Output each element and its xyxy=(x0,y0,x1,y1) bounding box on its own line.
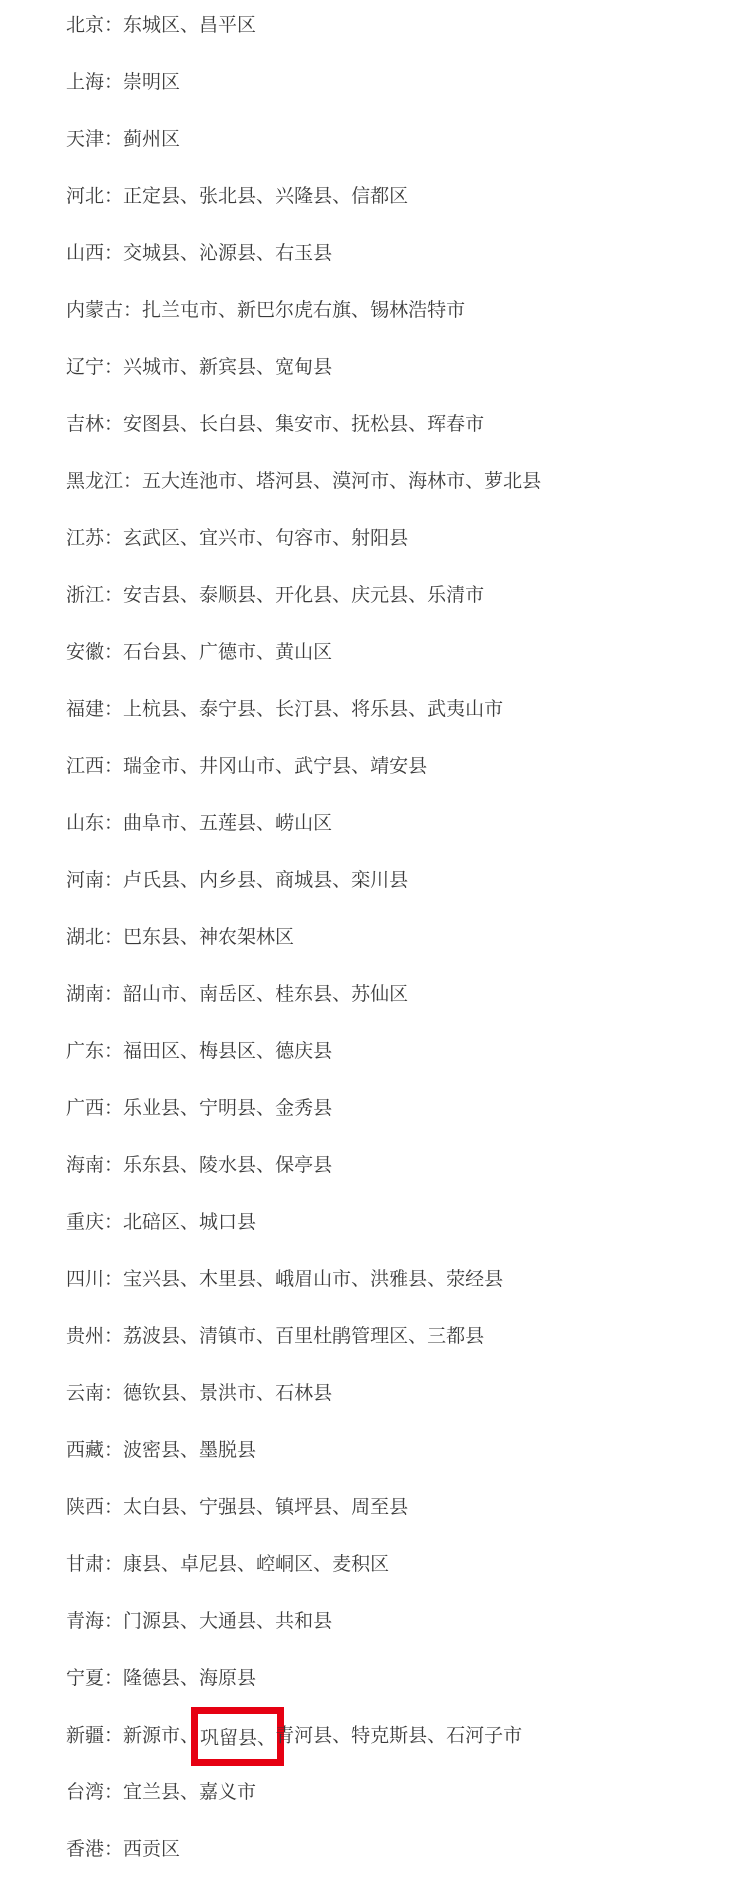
region-item: 陵水县、 xyxy=(199,1155,275,1176)
colon-separator: ： xyxy=(104,1212,123,1233)
region-item: 青河县、 xyxy=(275,1726,351,1747)
region-item: 清镇市、 xyxy=(199,1326,275,1347)
province-label: 甘肃 xyxy=(66,1554,104,1575)
colon-separator: ： xyxy=(104,243,123,264)
region-item: 洪雅县、 xyxy=(370,1269,446,1290)
region-item: 福田区、 xyxy=(123,1041,199,1062)
colon-separator: ： xyxy=(104,1155,123,1176)
region-item: 崆峒区、 xyxy=(256,1554,332,1575)
region-item: 木里县、 xyxy=(199,1269,275,1290)
region-item: 长汀县、 xyxy=(275,699,351,720)
region-item: 梅县区、 xyxy=(199,1041,275,1062)
province-label: 西藏 xyxy=(66,1440,104,1461)
region-item: 长白县、 xyxy=(199,414,275,435)
province-label: 贵州 xyxy=(66,1326,104,1347)
province-label: 黑龙江 xyxy=(66,471,123,492)
region-row: 云南：德钦县、景洪市、石林县 xyxy=(0,1365,748,1422)
region-row: 内蒙古：扎兰屯市、新巴尔虎右旗、锡林浩特市 xyxy=(0,282,748,339)
region-item: 苏仙区 xyxy=(351,984,408,1005)
colon-separator: ： xyxy=(104,1611,123,1632)
region-row: 广东：福田区、梅县区、德庆县 xyxy=(0,1023,748,1080)
region-item: 宽甸县 xyxy=(275,357,332,378)
region-row: 湖南：韶山市、南岳区、桂东县、苏仙区 xyxy=(0,966,748,1023)
region-row: 广西：乐业县、宁明县、金秀县 xyxy=(0,1080,748,1137)
region-item: 崂山区 xyxy=(275,813,332,834)
province-label: 重庆 xyxy=(66,1212,104,1233)
region-row: 辽宁：兴城市、新宾县、宽甸县 xyxy=(0,339,748,396)
region-item: 乐清市 xyxy=(427,585,484,606)
region-row: 香港：西贡区 xyxy=(0,1821,748,1878)
region-item: 兴隆县、 xyxy=(275,186,351,207)
region-item: 塔河县、 xyxy=(256,471,332,492)
region-item: 城口县 xyxy=(199,1212,256,1233)
colon-separator: ： xyxy=(104,642,123,663)
region-row: 山东：曲阜市、五莲县、崂山区 xyxy=(0,795,748,852)
province-label: 辽宁 xyxy=(66,357,104,378)
colon-separator: ： xyxy=(104,186,123,207)
colon-separator: ： xyxy=(104,1041,123,1062)
region-item: 新巴尔虎右旗、 xyxy=(237,300,370,321)
colon-separator: ： xyxy=(123,300,142,321)
region-item: 曲阜市、 xyxy=(123,813,199,834)
province-label: 广东 xyxy=(66,1041,104,1062)
region-item: 百里杜鹃管理区、 xyxy=(275,1326,427,1347)
province-label: 吉林 xyxy=(66,414,104,435)
region-item: 右玉县 xyxy=(275,243,332,264)
region-row: 贵州：荔波县、清镇市、百里杜鹃管理区、三都县 xyxy=(0,1308,748,1365)
region-item: 宁明县、 xyxy=(199,1098,275,1119)
region-item: 镇坪县、 xyxy=(275,1497,351,1518)
province-label: 内蒙古 xyxy=(66,300,123,321)
region-item: 特克斯县、 xyxy=(351,1726,446,1747)
region-row: 河南：卢氏县、内乡县、商城县、栾川县 xyxy=(0,852,748,909)
province-label: 宁夏 xyxy=(66,1668,104,1689)
region-row: 新疆：新源市、巩留县、青河县、特克斯县、石河子市 xyxy=(0,1707,748,1764)
region-item: 桂东县、 xyxy=(275,984,351,1005)
region-item: 韶山市、 xyxy=(123,984,199,1005)
region-item: 宁强县、 xyxy=(199,1497,275,1518)
province-label: 湖北 xyxy=(66,927,104,948)
region-item: 庆元县、 xyxy=(351,585,427,606)
region-item: 瑞金市、 xyxy=(123,756,199,777)
region-row: 江西：瑞金市、井冈山市、武宁县、靖安县 xyxy=(0,738,748,795)
region-item: 德钦县、 xyxy=(123,1383,199,1404)
region-row: 台湾：宜兰县、嘉义市 xyxy=(0,1764,748,1821)
region-item: 金秀县 xyxy=(275,1098,332,1119)
region-row: 青海：门源县、大通县、共和县 xyxy=(0,1593,748,1650)
region-row: 重庆：北碚区、城口县 xyxy=(0,1194,748,1251)
region-item: 句容市、 xyxy=(275,528,351,549)
colon-separator: ： xyxy=(104,1383,123,1404)
region-item: 集安市、 xyxy=(275,414,351,435)
region-item: 内乡县、 xyxy=(199,870,275,891)
region-row: 天津：蓟州区 xyxy=(0,111,748,168)
province-label: 福建 xyxy=(66,699,104,720)
province-label: 四川 xyxy=(66,1269,104,1290)
colon-separator: ： xyxy=(104,870,123,891)
region-item: 嘉义市 xyxy=(199,1782,256,1803)
province-label: 新疆 xyxy=(66,1726,104,1747)
region-item: 峨眉山市、 xyxy=(275,1269,370,1290)
region-item: 墨脱县 xyxy=(199,1440,256,1461)
province-label: 江西 xyxy=(66,756,104,777)
region-item: 周至县 xyxy=(351,1497,408,1518)
region-item: 抚松县、 xyxy=(351,414,427,435)
region-item: 井冈山市、 xyxy=(199,756,294,777)
region-item: 蓟州区 xyxy=(123,129,180,150)
region-item: 上杭县、 xyxy=(123,699,199,720)
region-item: 南岳区、 xyxy=(199,984,275,1005)
region-item: 海林市、 xyxy=(408,471,484,492)
region-row: 福建：上杭县、泰宁县、长汀县、将乐县、武夷山市 xyxy=(0,681,748,738)
region-row: 湖北：巴东县、神农架林区 xyxy=(0,909,748,966)
region-row: 吉林：安图县、长白县、集安市、抚松县、珲春市 xyxy=(0,396,748,453)
region-item: 宝兴县、 xyxy=(123,1269,199,1290)
region-item: 巩留县、 xyxy=(200,1728,276,1749)
region-item: 景洪市、 xyxy=(199,1383,275,1404)
province-label: 海南 xyxy=(66,1155,104,1176)
region-item: 安吉县、 xyxy=(123,585,199,606)
region-item: 商城县、 xyxy=(275,870,351,891)
province-label: 陕西 xyxy=(66,1497,104,1518)
region-item: 五莲县、 xyxy=(199,813,275,834)
region-item: 沁源县、 xyxy=(199,243,275,264)
region-item: 荔波县、 xyxy=(123,1326,199,1347)
colon-separator: ： xyxy=(104,129,123,150)
region-item: 东城区、 xyxy=(123,15,199,36)
region-row: 陕西：太白县、宁强县、镇坪县、周至县 xyxy=(0,1479,748,1536)
province-label: 北京 xyxy=(66,15,104,36)
region-item: 北碚区、 xyxy=(123,1212,199,1233)
region-item: 萝北县 xyxy=(484,471,541,492)
region-row: 安徽：石台县、广德市、黄山区 xyxy=(0,624,748,681)
region-item: 信都区 xyxy=(351,186,408,207)
colon-separator: ： xyxy=(104,1497,123,1518)
region-item: 交城县、 xyxy=(123,243,199,264)
province-label: 云南 xyxy=(66,1383,104,1404)
region-item: 开化县、 xyxy=(275,585,351,606)
colon-separator: ： xyxy=(104,984,123,1005)
region-item: 靖安县 xyxy=(370,756,427,777)
region-item: 隆德县、 xyxy=(123,1668,199,1689)
colon-separator: ： xyxy=(104,72,123,93)
colon-separator: ： xyxy=(104,414,123,435)
region-item: 崇明区 xyxy=(123,72,180,93)
province-label: 香港 xyxy=(66,1839,104,1860)
province-label: 浙江 xyxy=(66,585,104,606)
region-row: 浙江：安吉县、泰顺县、开化县、庆元县、乐清市 xyxy=(0,567,748,624)
region-item: 门源县、 xyxy=(123,1611,199,1632)
colon-separator: ： xyxy=(104,1554,123,1575)
region-item: 新宾县、 xyxy=(199,357,275,378)
colon-separator: ： xyxy=(104,813,123,834)
region-item: 宜兴市、 xyxy=(199,528,275,549)
colon-separator: ： xyxy=(104,1440,123,1461)
region-row: 山西：交城县、沁源县、右玉县 xyxy=(0,225,748,282)
region-item: 珲春市 xyxy=(427,414,484,435)
region-item: 漠河市、 xyxy=(332,471,408,492)
region-item: 栾川县 xyxy=(351,870,408,891)
highlight-box: 巩留县、 xyxy=(191,1707,284,1766)
region-row: 海南：乐东县、陵水县、保亭县 xyxy=(0,1137,748,1194)
province-label: 山东 xyxy=(66,813,104,834)
colon-separator: ： xyxy=(104,1098,123,1119)
region-item: 泰宁县、 xyxy=(199,699,275,720)
region-item: 宜兰县、 xyxy=(123,1782,199,1803)
region-item: 黄山区 xyxy=(275,642,332,663)
region-item: 射阳县 xyxy=(351,528,408,549)
province-label: 河北 xyxy=(66,186,104,207)
region-item: 神农架林区 xyxy=(199,927,294,948)
region-row: 四川：宝兴县、木里县、峨眉山市、洪雅县、荥经县 xyxy=(0,1251,748,1308)
region-item: 乐东县、 xyxy=(123,1155,199,1176)
region-row: 北京：东城区、昌平区 xyxy=(0,0,748,54)
colon-separator: ： xyxy=(104,1726,123,1747)
region-row: 河北：正定县、张北县、兴隆县、信都区 xyxy=(0,168,748,225)
province-label: 广西 xyxy=(66,1098,104,1119)
region-item: 安图县、 xyxy=(123,414,199,435)
region-row: 上海：崇明区 xyxy=(0,54,748,111)
province-label: 河南 xyxy=(66,870,104,891)
region-item: 三都县 xyxy=(427,1326,484,1347)
region-item: 锡林浩特市 xyxy=(370,300,465,321)
colon-separator: ： xyxy=(123,471,142,492)
region-item: 扎兰屯市、 xyxy=(142,300,237,321)
region-item: 武夷山市 xyxy=(427,699,503,720)
region-row: 甘肃：康县、卓尼县、崆峒区、麦积区 xyxy=(0,1536,748,1593)
region-item: 石河子市 xyxy=(446,1726,522,1747)
region-item: 五大连池市、 xyxy=(142,471,256,492)
region-item: 昌平区 xyxy=(199,15,256,36)
colon-separator: ： xyxy=(104,528,123,549)
region-item: 共和县 xyxy=(275,1611,332,1632)
colon-separator: ： xyxy=(104,15,123,36)
colon-separator: ： xyxy=(104,1839,123,1860)
region-item: 波密县、 xyxy=(123,1440,199,1461)
region-item: 玄武区、 xyxy=(123,528,199,549)
region-item: 大通县、 xyxy=(199,1611,275,1632)
region-item: 麦积区 xyxy=(332,1554,389,1575)
region-item: 康县、 xyxy=(123,1554,180,1575)
colon-separator: ： xyxy=(104,927,123,948)
region-item: 西贡区 xyxy=(123,1839,180,1860)
colon-separator: ： xyxy=(104,1668,123,1689)
province-label: 山西 xyxy=(66,243,104,264)
colon-separator: ： xyxy=(104,699,123,720)
colon-separator: ： xyxy=(104,585,123,606)
region-item: 巴东县、 xyxy=(123,927,199,948)
region-row: 黑龙江：五大连池市、塔河县、漠河市、海林市、萝北县 xyxy=(0,453,748,510)
province-label: 台湾 xyxy=(66,1782,104,1803)
colon-separator: ： xyxy=(104,1269,123,1290)
region-item: 卓尼县、 xyxy=(180,1554,256,1575)
region-item: 荥经县 xyxy=(446,1269,503,1290)
colon-separator: ： xyxy=(104,1782,123,1803)
region-item: 将乐县、 xyxy=(351,699,427,720)
province-label: 安徽 xyxy=(66,642,104,663)
province-label: 江苏 xyxy=(66,528,104,549)
region-item: 德庆县 xyxy=(275,1041,332,1062)
region-item: 武宁县、 xyxy=(294,756,370,777)
region-item: 泰顺县、 xyxy=(199,585,275,606)
province-label: 天津 xyxy=(66,129,104,150)
region-item: 卢氏县、 xyxy=(123,870,199,891)
region-item: 兴城市、 xyxy=(123,357,199,378)
colon-separator: ： xyxy=(104,357,123,378)
region-row: 江苏：玄武区、宜兴市、句容市、射阳县 xyxy=(0,510,748,567)
region-item: 正定县、 xyxy=(123,186,199,207)
region-item: 保亭县 xyxy=(275,1155,332,1176)
region-item: 海原县 xyxy=(199,1668,256,1689)
region-item: 张北县、 xyxy=(199,186,275,207)
province-label: 上海 xyxy=(66,72,104,93)
province-label: 青海 xyxy=(66,1611,104,1632)
region-list: 北京：东城区、昌平区上海：崇明区天津：蓟州区河北：正定县、张北县、兴隆县、信都区… xyxy=(0,0,748,1878)
region-row: 西藏：波密县、墨脱县 xyxy=(0,1422,748,1479)
province-label: 湖南 xyxy=(66,984,104,1005)
region-item: 石林县 xyxy=(275,1383,332,1404)
region-item: 乐业县、 xyxy=(123,1098,199,1119)
region-item: 新源市、 xyxy=(123,1726,199,1747)
colon-separator: ： xyxy=(104,756,123,777)
colon-separator: ： xyxy=(104,1326,123,1347)
region-row: 宁夏：隆德县、海原县 xyxy=(0,1650,748,1707)
region-item: 太白县、 xyxy=(123,1497,199,1518)
region-item: 广德市、 xyxy=(199,642,275,663)
region-item: 石台县、 xyxy=(123,642,199,663)
